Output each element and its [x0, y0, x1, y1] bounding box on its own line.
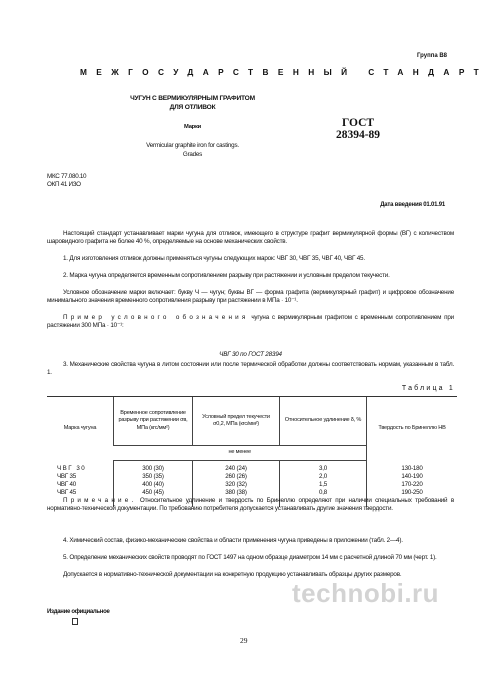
intro-paragraph: Настоящий стандарт устанавливает марки ч…	[47, 230, 454, 247]
introduction-date: Дата введения 01.01.91	[380, 202, 445, 208]
header-hardness: Твердость по Бринеллю НВ	[367, 397, 458, 461]
header-tensile: Временное сопротивление разрыву при раст…	[114, 397, 193, 446]
gost-designation: ГОСТ 28394-89	[328, 117, 388, 141]
subtitle: Марки	[100, 124, 285, 130]
paragraph-4: 4. Химический состав, физико-механически…	[47, 537, 454, 545]
example-designation: ЧВГ 30 по ГОСТ 28394	[47, 351, 454, 358]
okp-code: ОКП 41 ИЗО	[47, 181, 86, 189]
english-title-2: Grades	[100, 151, 285, 158]
subheader-min: не менее	[114, 446, 367, 461]
header-elongation: Относительное удлинение δ, %	[280, 397, 367, 446]
page-number: 29	[240, 636, 248, 645]
paragraph-5: 5. Определение механических свойств пров…	[47, 554, 454, 562]
watermark: technobi.ru	[292, 578, 439, 609]
gost-label: ГОСТ	[328, 117, 388, 129]
title-line-2: ДЛЯ ОТЛИВОК	[100, 104, 285, 111]
gost-number: 28394-89	[328, 129, 388, 141]
group-code: Группа В8	[417, 53, 447, 59]
paragraph-2: 2. Марка чугуна определяется временным с…	[47, 272, 454, 280]
header-yield: Условный предел текучести σ0,2, МПа (кгс…	[193, 397, 280, 446]
mks-code: МКС 77.080.10	[47, 173, 86, 181]
table-header-row: Марка чугуна Временное сопротивление раз…	[47, 397, 457, 446]
paragraph-3: 3. Механические свойства чугуна в литом …	[47, 361, 454, 378]
standard-type: МЕЖГОСУДАРСТВЕННЫЙ СТАНДАРТ	[80, 67, 442, 77]
paragraph-1: 1. Для изготовления отливок должны приме…	[47, 255, 454, 263]
paragraph-2-notation: Условное обозначение марки включает: бук…	[47, 289, 454, 306]
classification-codes: МКС 77.080.10 ОКП 41 ИЗО	[47, 173, 86, 189]
table-note: Примечание. Относительное удлинение и тв…	[47, 497, 454, 514]
official-edition: Издание официальное	[47, 609, 110, 615]
title-line-1: ЧУГУН С ВЕРМИКУЛЯРНЫМ ГРАФИТОМ	[100, 95, 285, 102]
table-caption: Таблица 1	[402, 385, 455, 392]
english-title-1: Vermicular graphite iron for castings.	[100, 142, 285, 149]
checkbox-glyph-icon	[72, 618, 78, 625]
header-grade: Марка чугуна	[47, 397, 114, 461]
example-paragraph: Пример условного обозначения чугуна с ве…	[47, 314, 454, 331]
properties-table: Марка чугуна Временное сопротивление раз…	[47, 396, 457, 507]
